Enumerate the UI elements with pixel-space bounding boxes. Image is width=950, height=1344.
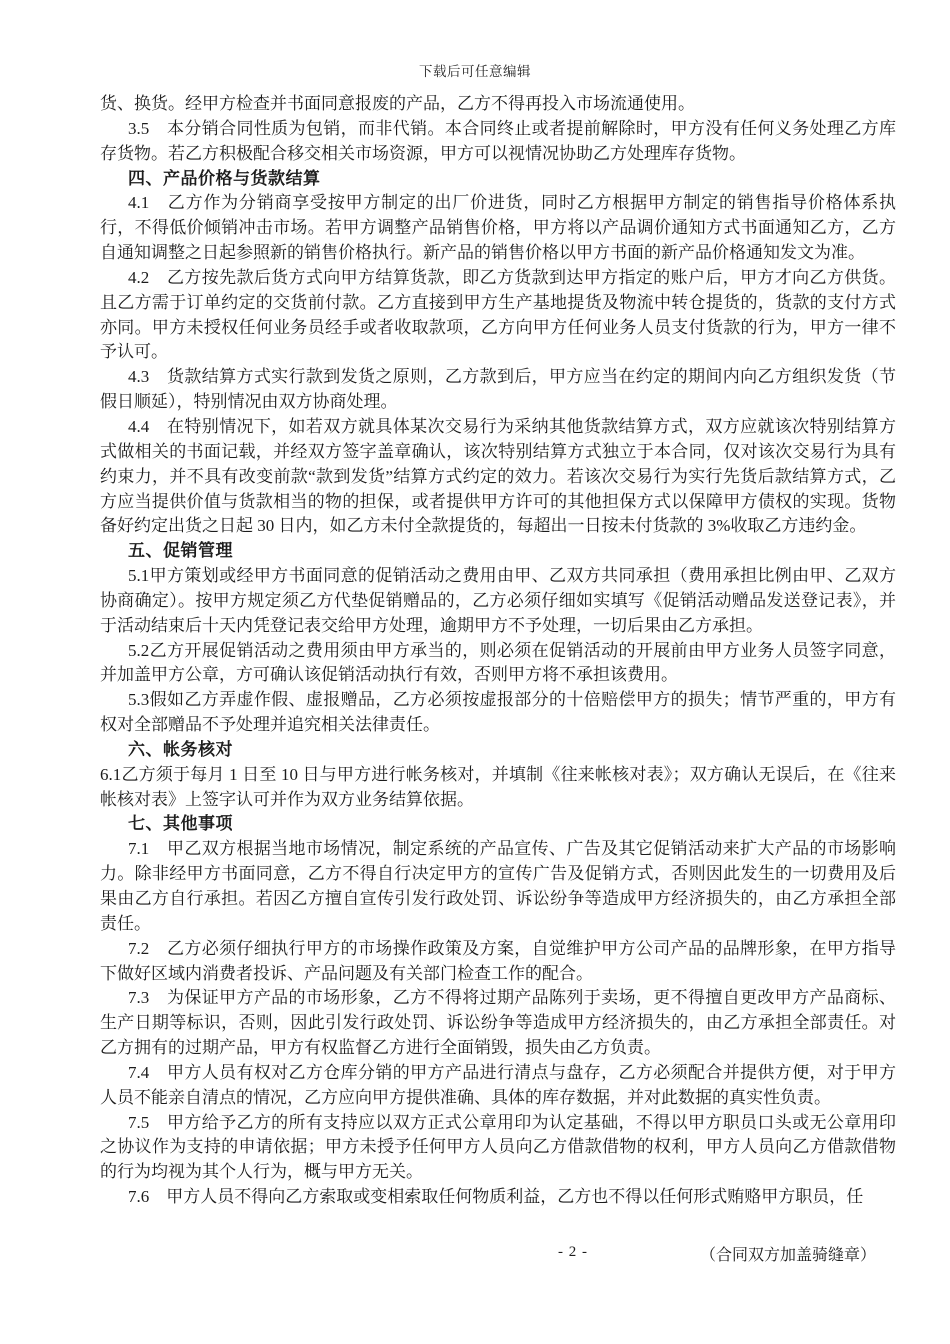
clause-5-2: 5.2乙方开展促销活动之费用须由甲方承当的，则必须在促销活动的开展前由甲方业务人…: [100, 639, 896, 689]
clause-7-6: 7.6 甲方人员不得向乙方索取或变相索取任何物质利益，乙方也不得以任何形式贿赂甲…: [100, 1185, 896, 1210]
clause-5-1: 5.1甲方策划或经甲方书面同意的促销活动之费用由甲、乙双方共同承担（费用承担比例…: [100, 564, 896, 639]
clause-4-4: 4.4 在特别情况下，如若双方就具体某次交易行为采纳其他货款结算方式，双方应就该…: [100, 415, 896, 539]
clause-5-3: 5.3假如乙方弄虚作假、虚报赠品，乙方必须按虚报部分的十倍赔偿甲方的损失；情节严…: [100, 688, 896, 738]
clause-7-5: 7.5 甲方给予乙方的所有支持应以双方正式公章用印为认定基础，不得以甲方职员口头…: [100, 1111, 896, 1186]
section-4-heading: 四、产品价格与货款结算: [100, 167, 896, 192]
section-7-heading: 七、其他事项: [100, 812, 896, 837]
section-5-heading: 五、促销管理: [100, 539, 896, 564]
clause-7-2: 7.2 乙方必须仔细执行甲方的市场操作政策及方案，自觉维护甲方公司产品的品牌形象…: [100, 937, 896, 987]
clause-4-3: 4.3 货款结算方式实行款到发货之原则，乙方款到后，甲方应当在约定的期间内向乙方…: [100, 365, 896, 415]
clause-6-1: 6.1乙方须于每月 1 日至 10 日与甲方进行帐务核对，并填制《往来帐核对表》…: [100, 763, 896, 813]
contract-body: 货、换货。经甲方检查并书面同意报废的产品，乙方不得再投入市场流通使用。 3.5 …: [100, 92, 896, 1210]
clause-3-4-continuation: 货、换货。经甲方检查并书面同意报废的产品，乙方不得再投入市场流通使用。: [100, 92, 896, 117]
section-6-heading: 六、帐务核对: [100, 738, 896, 763]
clause-7-1: 7.1 甲乙双方根据当地市场情况，制定系统的产品宣传、广告及其它促销活动来扩大产…: [100, 837, 896, 936]
clause-4-2: 4.2 乙方按先款后货方式向甲方结算货款，即乙方货款到达甲方指定的账户后，甲方才…: [100, 266, 896, 365]
contract-page: 下载后可任意编辑 货、换货。经甲方检查并书面同意报废的产品，乙方不得再投入市场流…: [0, 0, 950, 1344]
page-number: - 2 -: [558, 1244, 588, 1261]
page-footer: - 2 - （合同双方加盖骑缝章）: [100, 1242, 896, 1268]
clause-4-1: 4.1 乙方作为分销商享受按甲方制定的出厂价进货，同时乙方根据甲方制定的销售指导…: [100, 191, 896, 266]
footer-seal-note: （合同双方加盖骑缝章）: [700, 1242, 876, 1265]
clause-7-4: 7.4 甲方人员有权对乙方仓库分销的甲方产品进行清点与盘存，乙方必须配合并提供方…: [100, 1061, 896, 1111]
clause-7-3: 7.3 为保证甲方产品的市场形象，乙方不得将过期产品陈列于卖场，更不得擅自更改甲…: [100, 986, 896, 1061]
header-note: 下载后可任意编辑: [0, 60, 950, 80]
clause-3-5: 3.5 本分销合同性质为包销，而非代销。本合同终止或者提前解除时，甲方没有任何义…: [100, 117, 896, 167]
